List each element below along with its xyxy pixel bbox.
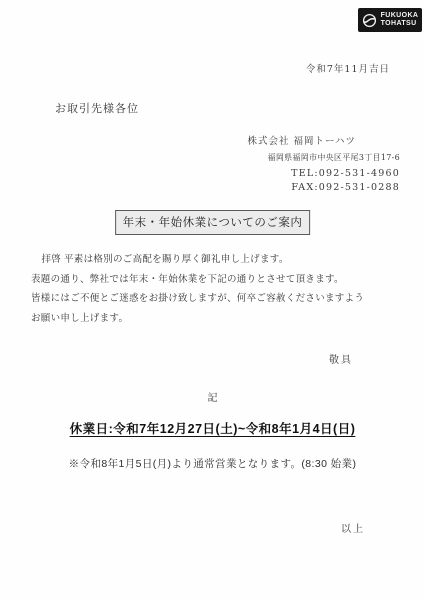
body-line-4: お願い申し上げます。 [31,309,405,329]
recipient-line: お取引先様各位 [55,100,139,116]
fukuoka-tohatsu-logo: FUKUOKA TOHATSU [358,8,422,32]
end-marker-ijou: 以上 [341,520,365,535]
document-page: FUKUOKA TOHATSU 令和7年11月吉日 お取引先様各位 株式会社 福… [0,0,425,600]
company-tel: TEL:092-531-4960 [247,168,400,179]
body-line-1: 拝啓 平素は格別のご高配を賜り厚く御礼申し上げます。 [31,250,405,270]
body-line-3: 皆様にはご不便とご迷惑をお掛け致しますが、何卒ご容赦くださいますよう [31,289,405,309]
notice-title: 年末・年始休業についてのご案内 [115,210,311,235]
body-paragraph: 拝啓 平素は格別のご高配を賜り厚く御礼申し上げます。 表題の通り、弊社では年末・… [31,250,405,328]
logo-line1: FUKUOKA [381,12,419,20]
company-name: 株式会社 福岡トーハツ [247,133,400,147]
body-line-2: 表題の通り、弊社では年末・年始休業を下記の通りとさせて頂きます。 [31,270,405,290]
sender-company-block: 株式会社 福岡トーハツ 福岡県福岡市中央区平尾3丁目17-6 TEL:092-5… [247,133,400,196]
logo-wordmark: FUKUOKA TOHATSU [381,12,419,28]
holiday-period-line: 休業日:令和7年12月27日(土)~令和8年1月4日(日) [0,419,425,437]
record-marker-ki: 記 [0,389,425,404]
reopening-note-line: ※令和8年1月5日(月)より通常営業となります。(8:30 始業) [0,456,425,471]
tohatsu-swirl-icon [362,13,377,28]
logo-line2: TOHATSU [381,20,419,28]
document-date: 令和7年11月吉日 [306,61,390,75]
closing-keigu: 敬具 [329,351,353,366]
company-fax: FAX:092-531-0288 [247,182,400,193]
company-address: 福岡県福岡市中央区平尾3丁目17-6 [247,152,400,163]
